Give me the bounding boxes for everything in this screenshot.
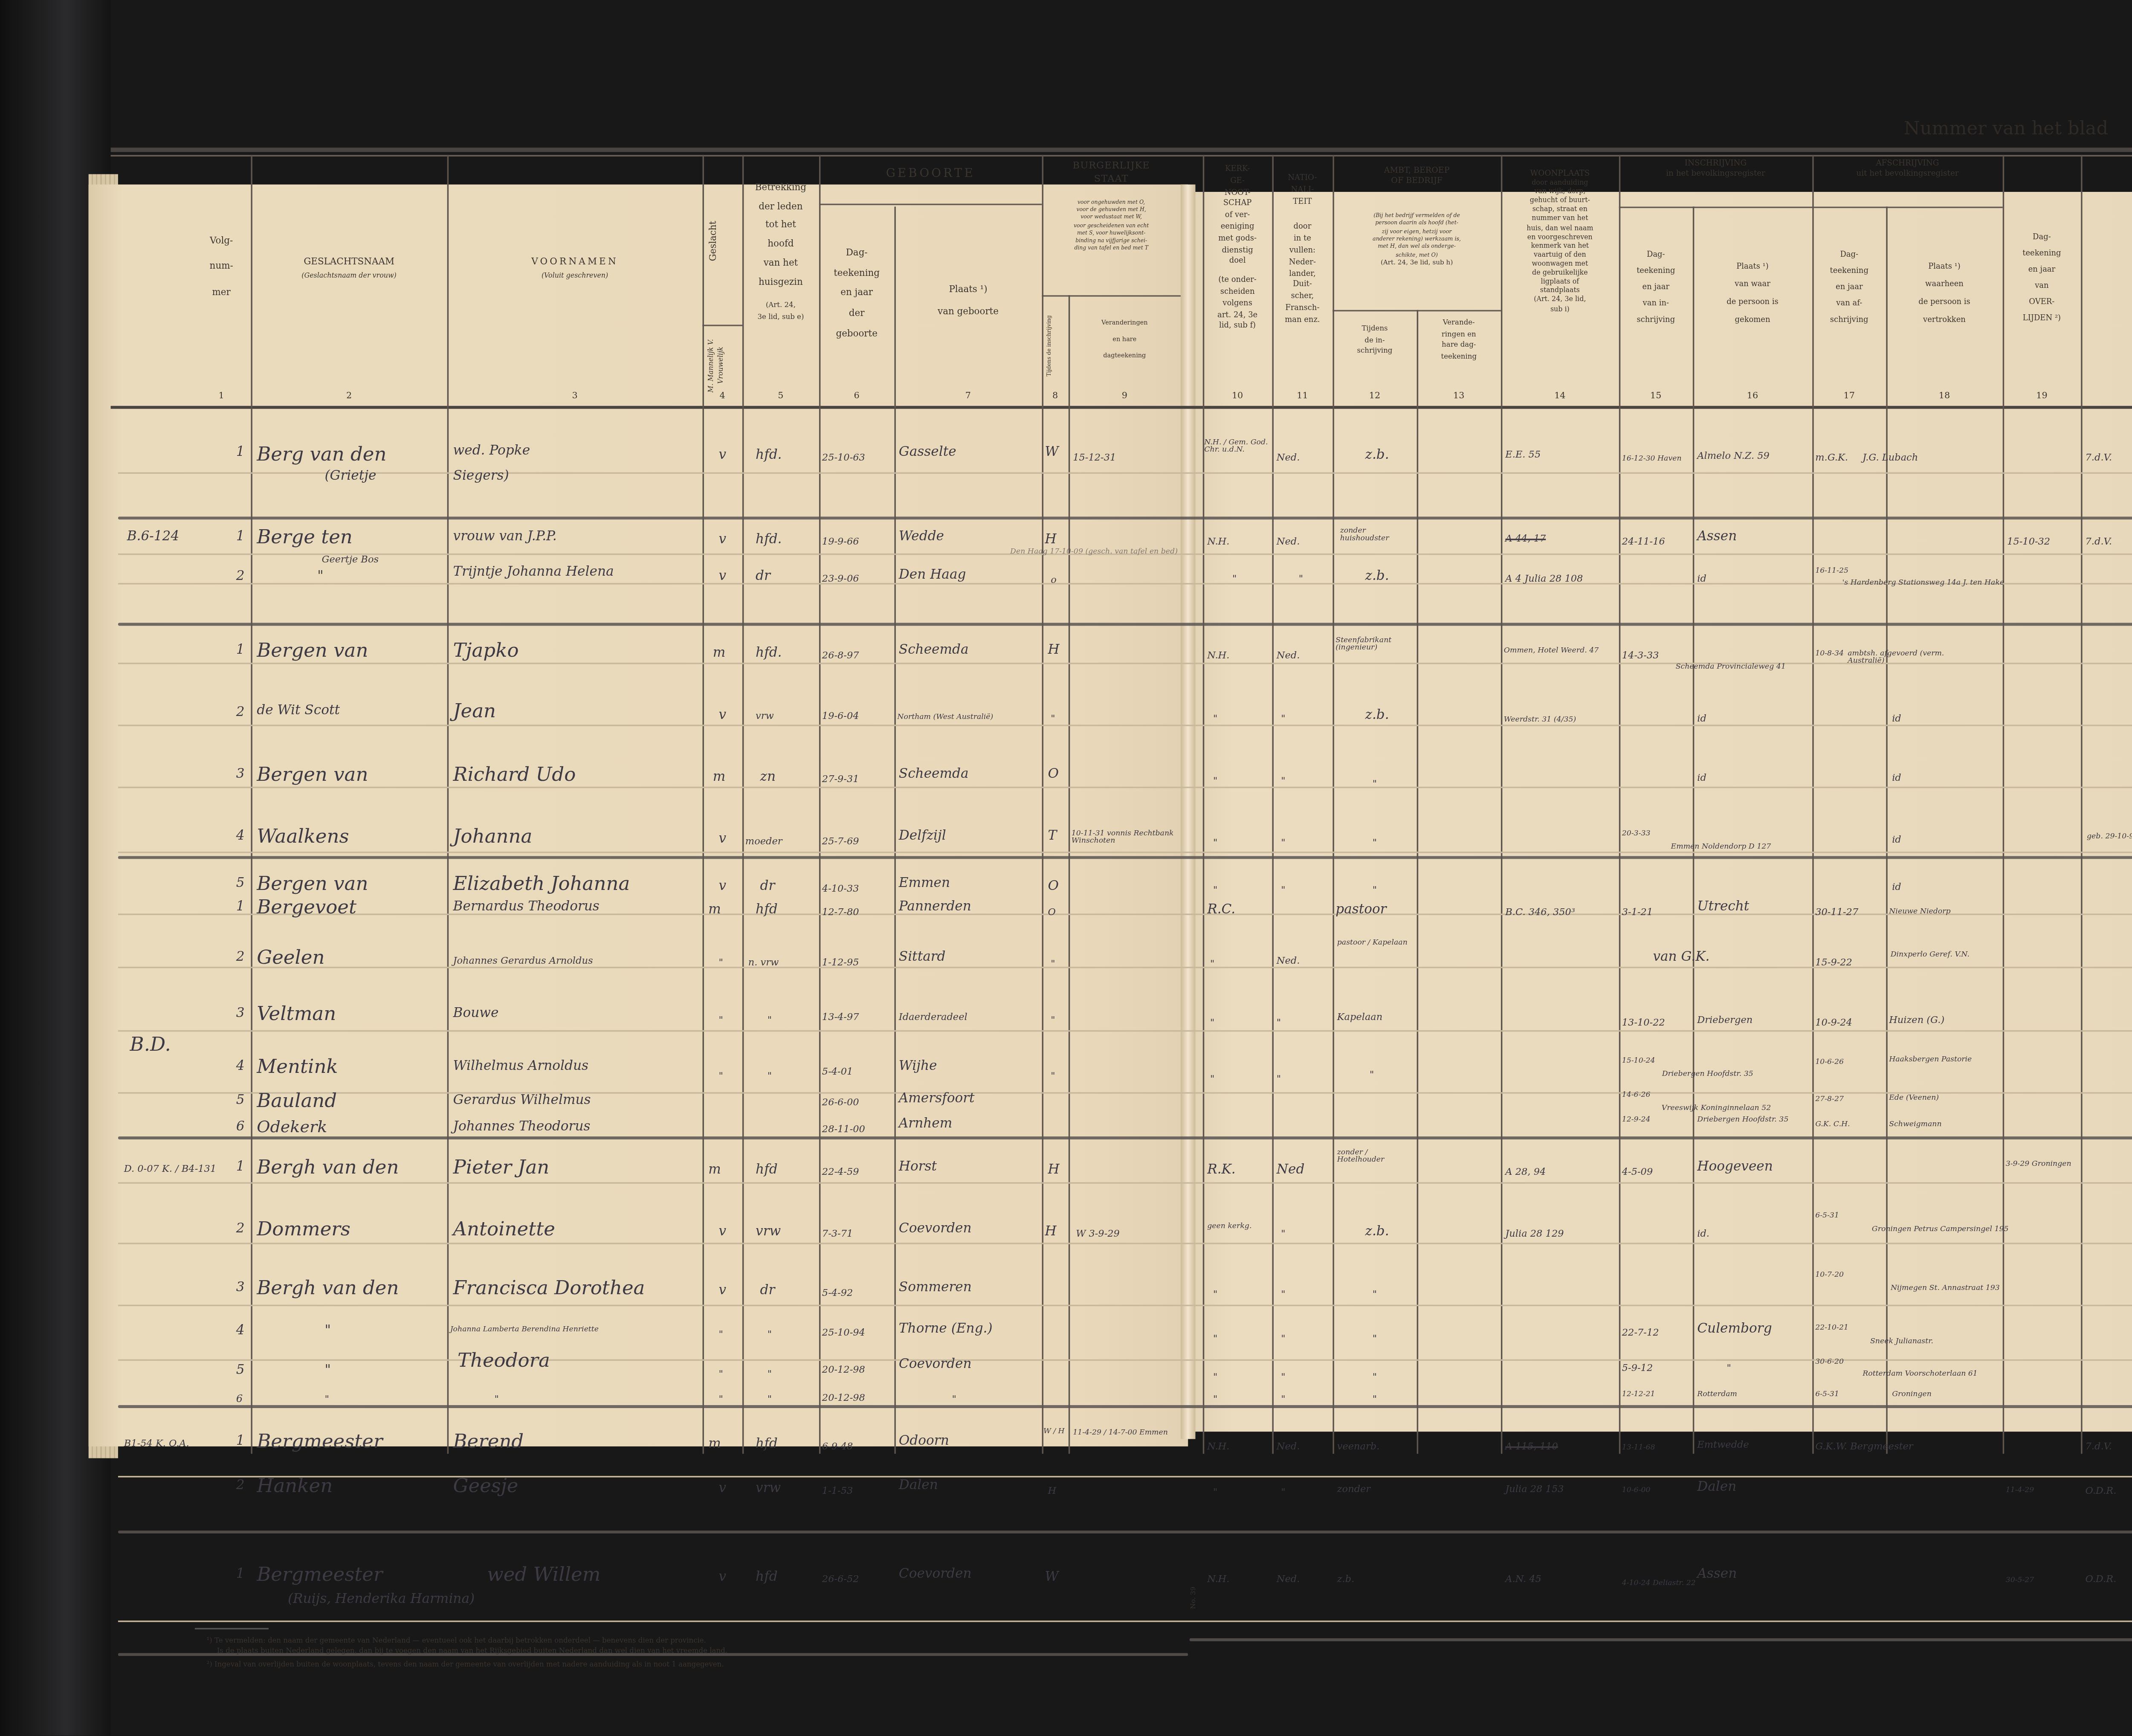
entry-given-note: Siegers) [453,471,509,484]
entry-given: Tjapko [453,642,519,661]
entry-reg-from: Scheemda Provincialeweg 41 [1623,664,1786,671]
entry-nationality: Ned. [1277,956,1300,966]
entry-reg-date: 12-12-21 [1622,1392,1655,1399]
header-top-rule [111,148,2132,152]
entry-religion: " [1213,777,1217,786]
entry-reg-date: 4-5-09 [1622,1168,1653,1177]
entry-reg-from: Driebergen Hoofdstr. 35 [1697,1117,1788,1124]
household-separator [1190,1638,2132,1641]
header-inschrijving-plaats: Plaats ¹) van waar de persoon is gekomen [1693,260,1812,330]
col-line [1812,155,1813,1454]
header-line: Plaats ¹) [1693,260,1812,277]
footnote-rule [195,1628,269,1629]
entry-residence: A 44, 17 [1505,534,1546,544]
entry-religion: " [1210,1018,1214,1028]
entry-reg-from: Dalen [1697,1482,1736,1495]
entry-civil-change: W 3-9-29 [1076,1229,1120,1239]
entry-given: Antoinette [453,1220,555,1240]
ruling [118,1620,2132,1622]
entry-relation: hfd [756,905,778,918]
entry-birth-date: 25-10-94 [822,1328,865,1338]
entry-nationality: " [1281,1334,1285,1344]
entry-surname: Mentink [257,1058,338,1078]
entry-reg-from: Culemborg [1697,1324,1772,1337]
header-line: (te onder- [1203,276,1272,288]
entry-sex: v [719,710,727,723]
entry-given: Pieter Jan [453,1159,550,1178]
entry-dereg-to: Sneek Julianastr. [1815,1339,1933,1346]
entry-given: Johanna [453,828,533,847]
footnote-1-cont: Is de plaats buiten Nederland gelegen, d… [217,1649,727,1656]
entry-occupation: z.b. [1365,571,1389,584]
entry-dereg-date: 27-8-27 [1815,1097,1844,1104]
entry-nr: 3 [236,1008,245,1021]
entry-dereg-date: 6-5-31 [1815,1213,1839,1220]
entry-nationality: Ned. [1277,651,1300,660]
header-tijdens-inschrijving: Tijdens de inschrijving [1046,307,1054,384]
entry-dereg-date: 10-6-26 [1815,1060,1844,1067]
entry-given: " [494,1395,498,1404]
entry-sex: v [719,881,727,894]
entry-relation: hfd. [756,450,782,464]
entry-birth-date: 20-12-98 [822,1393,865,1403]
header-line: teekening [1619,264,1693,280]
entry-sex: " [719,1015,723,1025]
entry-nr: 2 [236,1480,245,1493]
entry-birth-place: Gasselte [899,447,956,461]
entry-occupation: " [1370,1070,1374,1079]
entry-surname: de Wit Scott [257,705,340,719]
col-line [2003,155,2004,1454]
entry-nr: 2 [236,952,245,965]
header-inschrijving-datum: Dag- teekening en jaar van in- schrijvin… [1619,248,1693,328]
entry-birth-place: Odoorn [899,1436,949,1449]
entry-surname: Bergen van [257,875,368,894]
entry-sex: v [719,834,727,847]
ruling [118,725,2132,726]
entry-nr: 2 [236,1223,245,1237]
header-line: en jaar [2003,263,2081,279]
header-line: en jaar [819,284,895,304]
entry-remarks-a: 7.d.V. [2086,537,2112,547]
header-burgerlijke-staat: BURGERLIJKE STAAT [1042,159,1181,185]
col-line [1272,155,1273,1454]
column-number: 9 [1069,391,1181,401]
header-line: schrijving [1619,313,1693,329]
entry-occupation: zonder [1337,1485,1370,1494]
entry-nationality: " [1281,886,1285,895]
header-line: gehucht of buurt- [1501,198,1619,207]
entry-occupation: z.b. [1365,1226,1389,1240]
header-line: dagteekening [1069,348,1181,364]
header-line: TEIT [1272,197,1332,209]
entry-nr: 4 [236,831,245,844]
header-afschrijving-plaats: Plaats ¹) waarheen de persoon is vertrok… [1886,260,2002,330]
entry-nr: 1 [236,1436,245,1449]
entry-surname: " [324,1325,330,1339]
entry-birth-place: Scheemda [899,769,969,782]
header-line: van het [742,255,819,274]
entry-surname: Hanken [257,1478,333,1497]
header-line: schrijving [1812,313,1886,329]
header-line: NALI- [1272,185,1332,197]
entry-civil: " [1051,714,1055,724]
entry-dereg-to: Groningen [1892,1392,1932,1399]
header-afschrijving-datum: Dag- teekening en jaar van af- schrijvin… [1812,248,1886,328]
header-line: en hare [1069,332,1181,348]
household-separator [118,856,2132,859]
entry-nationality: " [1281,777,1285,786]
header-burgerlijke-sub: voor ongehuwden met O, voor de gehuwden … [1045,199,1177,253]
entry-surname: Bergen van [257,642,368,661]
entry-given: Bouwe [453,1008,499,1021]
entry-reg-from: Almelo N.Z. 59 [1697,450,1808,465]
entry-occupation: zonder huishoudster [1340,528,1414,543]
entry-relation: hfd. [756,648,782,661]
header-line: huisgezin [742,274,819,293]
entry-occupation: Steenfabrikant (ingenieur) [1335,638,1417,652]
household-ref: B1-54 K. O.A. [124,1439,189,1449]
entry-reg-date: 13-11-68 [1622,1445,1655,1452]
entry-birth-place: Coevorden [899,1223,972,1237]
header-line: OVER- [2003,295,2081,311]
entry-remarks-a: 7.d.V. [2086,1442,2112,1451]
header-ambt-veranderingen: Verande- ringen en hare dag- teekening [1417,319,1501,364]
header-line: ringen en [1417,330,1501,342]
header-line: Volg- [192,236,251,249]
entry-reg-from: id [1697,714,1706,724]
entry-religion: " [1213,838,1217,848]
geslacht-rule [702,325,742,326]
header-bottom-rule [111,406,2132,409]
inschrijving-rule [1619,207,1812,208]
entry-nationality: " [1277,1018,1281,1028]
header-line: NATIO- [1272,174,1332,185]
entry-sex: " [719,1330,723,1339]
entry-given: Bernardus Theodorus [453,902,600,915]
entry-death: 30-5-27 [2006,1578,2034,1585]
entry-birth-place: Delfzijl [899,831,946,844]
entry-remarks-a: O.D.R. [2086,1486,2117,1495]
entry-residence: Julia 28 153 [1505,1485,1564,1494]
header-line: kenmerk van het [1501,243,1619,252]
header-line: met S, voor huwelijksont- [1045,230,1177,238]
entry-birth-date: 26-6-52 [822,1575,859,1584]
entry-birth-date: 26-8-97 [822,651,859,660]
entry-reg-date: 12-9-24 [1622,1117,1651,1124]
header-line: man enz. [1272,316,1332,327]
entry-civil: O [1048,769,1059,782]
header-line: voor ongehuwden met O, [1045,199,1177,207]
household-ref: D. 0-07 K. / B4-131 [124,1160,249,1178]
header-line: de in- [1332,336,1417,348]
entry-religion: N.H. [1207,1575,1229,1584]
entry-relation: hfd. [756,534,782,548]
header-line: hare dag- [1417,342,1501,353]
geboorte-rule [819,204,1042,205]
entry-reg-date: 3-1-21 [1622,908,1653,917]
entry-birth-date: 7-3-71 [822,1229,853,1239]
entry-relation: vrw [756,711,774,721]
entry-religion: " [1213,714,1217,724]
page-number-stamp: No. 39 [1191,1587,1198,1609]
entry-dereg-to: J.G. Lubach [1863,453,1918,463]
household-separator [118,1405,2132,1408]
entry-sex: v [719,450,727,464]
entry-religion: R.K. [1207,1165,1236,1178]
col-line [1417,310,1418,1454]
entry-dereg-to: G.K.W. Bergmeester [1815,1442,1913,1451]
header-geslachtsnaam: GESLACHTSNAAM (Geslachtsnaam der vrouw) [251,257,447,283]
column-number: 10 [1203,391,1272,401]
header-line: Veranderingen [1069,316,1181,332]
entry-given: Johannes Gerardus Arnoldus [453,956,593,966]
entry-nr: 6 [236,1122,245,1135]
entry-occupation: z.b. [1337,1575,1355,1584]
household-ref: B.D. [130,1036,171,1055]
entry-residence: A 4 Julia 28 108 [1505,574,1583,583]
entry-occupation: pastoor / Kapelaan [1337,940,1417,948]
header-line: uit het bevolkingsregister [1812,170,2002,181]
entry-civil: O [1048,881,1059,894]
entry-sex: m [708,1165,721,1178]
entry-occupation: " [1373,838,1377,848]
header-line: en voorgeschreven [1501,234,1619,243]
header-line: zij voor eigen, hetzij voor [1335,228,1498,236]
header-line: der leden [742,199,819,217]
entry-religion: " [1213,1290,1217,1299]
header-line: voor de gehuwden met H, [1045,207,1177,214]
entry-nr: 5 [236,1365,245,1379]
header-line: scher, [1272,293,1332,304]
entry-dereg-date: 10-9-24 [1815,1018,1852,1028]
column-number: 4 [702,391,742,401]
entry-occupation: " [1373,1373,1377,1382]
header-inschrijving: INSCHRIJVING in het bevolkingsregister [1619,159,1812,180]
entry-nr: 2 [236,571,245,584]
entry-given: Geesje [453,1478,519,1497]
household-separator [118,1530,2132,1533]
header-line: der [819,304,895,324]
entry-relation: dr [760,1286,775,1299]
header-line: van [2003,278,2081,295]
header-line: Dag- [1812,248,1886,264]
entry-residence: B.C. 346, 350³ [1505,908,1575,917]
header-line: SCHAP [1203,200,1272,212]
header-overlijden: Dag- teekening en jaar van OVER- LIJDEN … [2003,230,2081,327]
header-line: teekening [1417,353,1501,364]
footnote-1: ¹) Te vermelden: den naam der gemeente v… [207,1638,706,1646]
entry-dereg-to: 's Hardenberg Stationsweg 14a J. ten Hak… [1815,580,2004,587]
entry-civil: H [1045,1226,1056,1240]
header-line: vertrokken [1886,313,2002,330]
entry-birth-date: 1-12-95 [822,958,859,967]
entry-dereg-to: Schweigmann [1889,1122,1941,1129]
header-line: de gebruikelijke [1501,270,1619,279]
entry-surname: Waalkens [257,828,349,847]
ruling [118,663,2132,664]
entry-birth-place: Dalen [899,1480,938,1493]
entry-birth-place: Northam (West Australië) [897,714,993,722]
column-number: 16 [1693,391,1812,401]
column-number: 6 [819,391,895,401]
header-line: AFSCHRIJVING [1812,159,2002,170]
column-number: 2 [251,391,447,401]
entry-sex: v [719,1483,727,1496]
entry-civil: H [1048,1165,1059,1178]
entry-surname: Berge ten [257,528,353,548]
sheet-number-label: Nummer van het blad [1904,116,2108,139]
entry-occupation: z.b. [1365,710,1389,723]
entry-reg-from: Assen [1697,1569,1737,1582]
header-line: ligplaats of [1501,279,1619,288]
entry-residence: A 28, 94 [1505,1168,1546,1177]
header-line: INSCHRIJVING [1619,159,1812,170]
header-line: (Art. 24, [742,301,819,313]
entry-given: wed Willem [487,1566,600,1585]
header-line: vullen: [1272,246,1332,258]
entry-birth-place: Idaerderadeel [899,1012,968,1022]
entry-religion: " [1210,959,1214,969]
entry-death: 11-4-29 [2006,1488,2034,1495]
header-line: VOORNAMEN [447,257,703,269]
entry-given: Trijntje Johanna Helena [453,567,614,580]
col-line [2081,155,2082,1454]
header-line: Neder- [1272,258,1332,270]
entry-dereg-to: id [1892,835,1901,845]
entry-nr: 1 [236,645,245,658]
header-line: en jaar [1812,280,1886,296]
header-line: van geboorte [894,302,1042,324]
entry-relation: zn [760,772,776,785]
header-top-rule-thin [111,155,2132,156]
header-line: huis, dan wel naam [1501,225,1619,234]
header-line: MERKINGEN [2081,279,2132,292]
entry-nationality: Ned. [1277,453,1300,463]
entry-nationality: " [1281,838,1285,848]
header-line: van waar [1693,278,1812,295]
column-number: 19 [2003,391,2081,401]
entry-reg-date: 24-11-16 [1622,537,1665,547]
header-line: en jaar [1619,280,1693,296]
entry-nationality: " [1281,1488,1285,1497]
entry-occupation: zonder / Hotelhouder [1337,1150,1417,1165]
header-line: standplaats [1501,288,1619,297]
entry-civil: O [1048,908,1055,917]
header-line: tot het [742,217,819,236]
entry-nr: 5 [236,1095,245,1108]
header-woonplaats: WOONPLAATS door aanduiding van wijk, dor… [1501,170,1619,316]
entry-dereg-date: 10-8-34 [1815,651,1844,658]
entry-dereg-date: 16-11-25 [1815,568,1848,576]
entry-dereg-to: Groningen Petrus Campersingel 195 [1809,1226,2008,1234]
entry-dereg-date: 30-11-27 [1815,908,1858,917]
entry-birth-place: Den Haag [899,570,966,583]
entry-relation: dr [760,881,775,894]
col-line [742,155,744,1454]
header-line: art. 24, 3e [1203,311,1272,322]
entry-nr: 1 [236,531,245,545]
entry-civil-change: 11-4-29 / 14-7-00 Emmen [1073,1429,1176,1438]
entry-civil: W [1045,447,1058,461]
header-line: teekening [819,264,895,284]
entry-relation: vrw [756,1483,781,1496]
entry-religion: " [1213,1488,1217,1497]
entry-dereg-date: 30-6-20 [1815,1359,1844,1367]
entry-reg-from: Rotterdam [1697,1392,1737,1399]
header-geboorte-plaats: Plaats ¹) van geboorte [894,281,1042,325]
header-ambt-tijdens: Tijdens de in- schrijving [1332,325,1417,359]
entry-birth-place: Coevorden [899,1569,972,1582]
header-line: Verande- [1417,319,1501,330]
entry-surname: Bergh van den [257,1159,399,1178]
entry-birth-place: Arnhem [899,1119,953,1132]
entry-reg-from: Vreeswijk Koninginnelaan 52 [1623,1105,1771,1113]
entry-birth-date: 4-10-33 [822,884,859,893]
entry-dereg-date: G.K. C.H. [1815,1122,1850,1129]
entry-surname: Bergevoet [257,899,356,918]
entry-dereg-to: ambtsh. afgevoerd (verm. Australië) [1848,651,1980,666]
entry-birth-place: Wijhe [899,1061,937,1075]
entry-given: Theodora [458,1352,550,1371]
entry-birth-place: " [952,1395,956,1404]
ruling [118,852,2132,853]
header-line: lid, sub f) [1203,322,1272,334]
book-gutter [1181,185,1196,1439]
header-line: (Art. 24, 3e lid, sub h) [1335,260,1498,270]
entry-surname: Bergen van [257,766,368,785]
header-line: Dag- [2003,230,2081,246]
entry-surname-note: Geertje Bos [322,555,379,564]
header-line: van af- [1812,296,1886,313]
column-number: 3 [447,391,703,401]
entry-birth-place: Thorne (Eng.) [899,1324,993,1337]
entry-given: Gerardus Wilhelmus [453,1095,591,1108]
entry-nr: 6 [236,1395,243,1405]
column-number: 20 [2081,391,2132,401]
entry-occupation: " [1373,779,1377,788]
header-line: schap, straat en [1501,207,1619,216]
entry-religion: N.H. [1207,537,1229,547]
entry-nationality: " [1277,1075,1281,1084]
entry-nationality: Ned. [1277,1442,1300,1451]
column-number: 5 [742,391,819,401]
entry-surname: " [324,1365,330,1379]
header-line: 3e lid, sub e) [742,313,819,324]
entry-religion: N.H. / Gem. God. Chr. u.d.N. [1204,440,1269,455]
entry-birth-date: 19-9-66 [822,537,859,547]
entry-dereg-to: Nijmegen St. Annastraat 193 [1815,1286,2000,1293]
entry-occupation: " [1373,1395,1377,1404]
entry-reg-date: 16-12-30 Haven [1622,453,1690,466]
entry-nationality: Ned. [1277,1575,1300,1584]
entry-surname: " [317,571,323,584]
entry-sex: " [719,958,723,967]
header-line: eeniging [1203,223,1272,235]
book-spread: Nummer van het blad [0,0,2132,1736]
header-veranderingen: Veranderingen en hare dagteekening [1069,316,1181,364]
entry-residence: A 115, 110 [1505,1442,1558,1451]
entry-nr: 1 [236,1569,245,1582]
entry-birth-date: 12-7-80 [822,908,859,917]
entry-surname: Bergmeester [257,1566,382,1585]
entry-religion: R.C. [1207,905,1235,918]
entry-sex: v [719,1572,727,1585]
entry-surname: Berg van den [257,446,386,465]
header-line: anderer rekening) werkzaam is, [1335,236,1498,244]
header-line: Dag- [819,243,895,264]
col-line [1069,295,1070,1454]
